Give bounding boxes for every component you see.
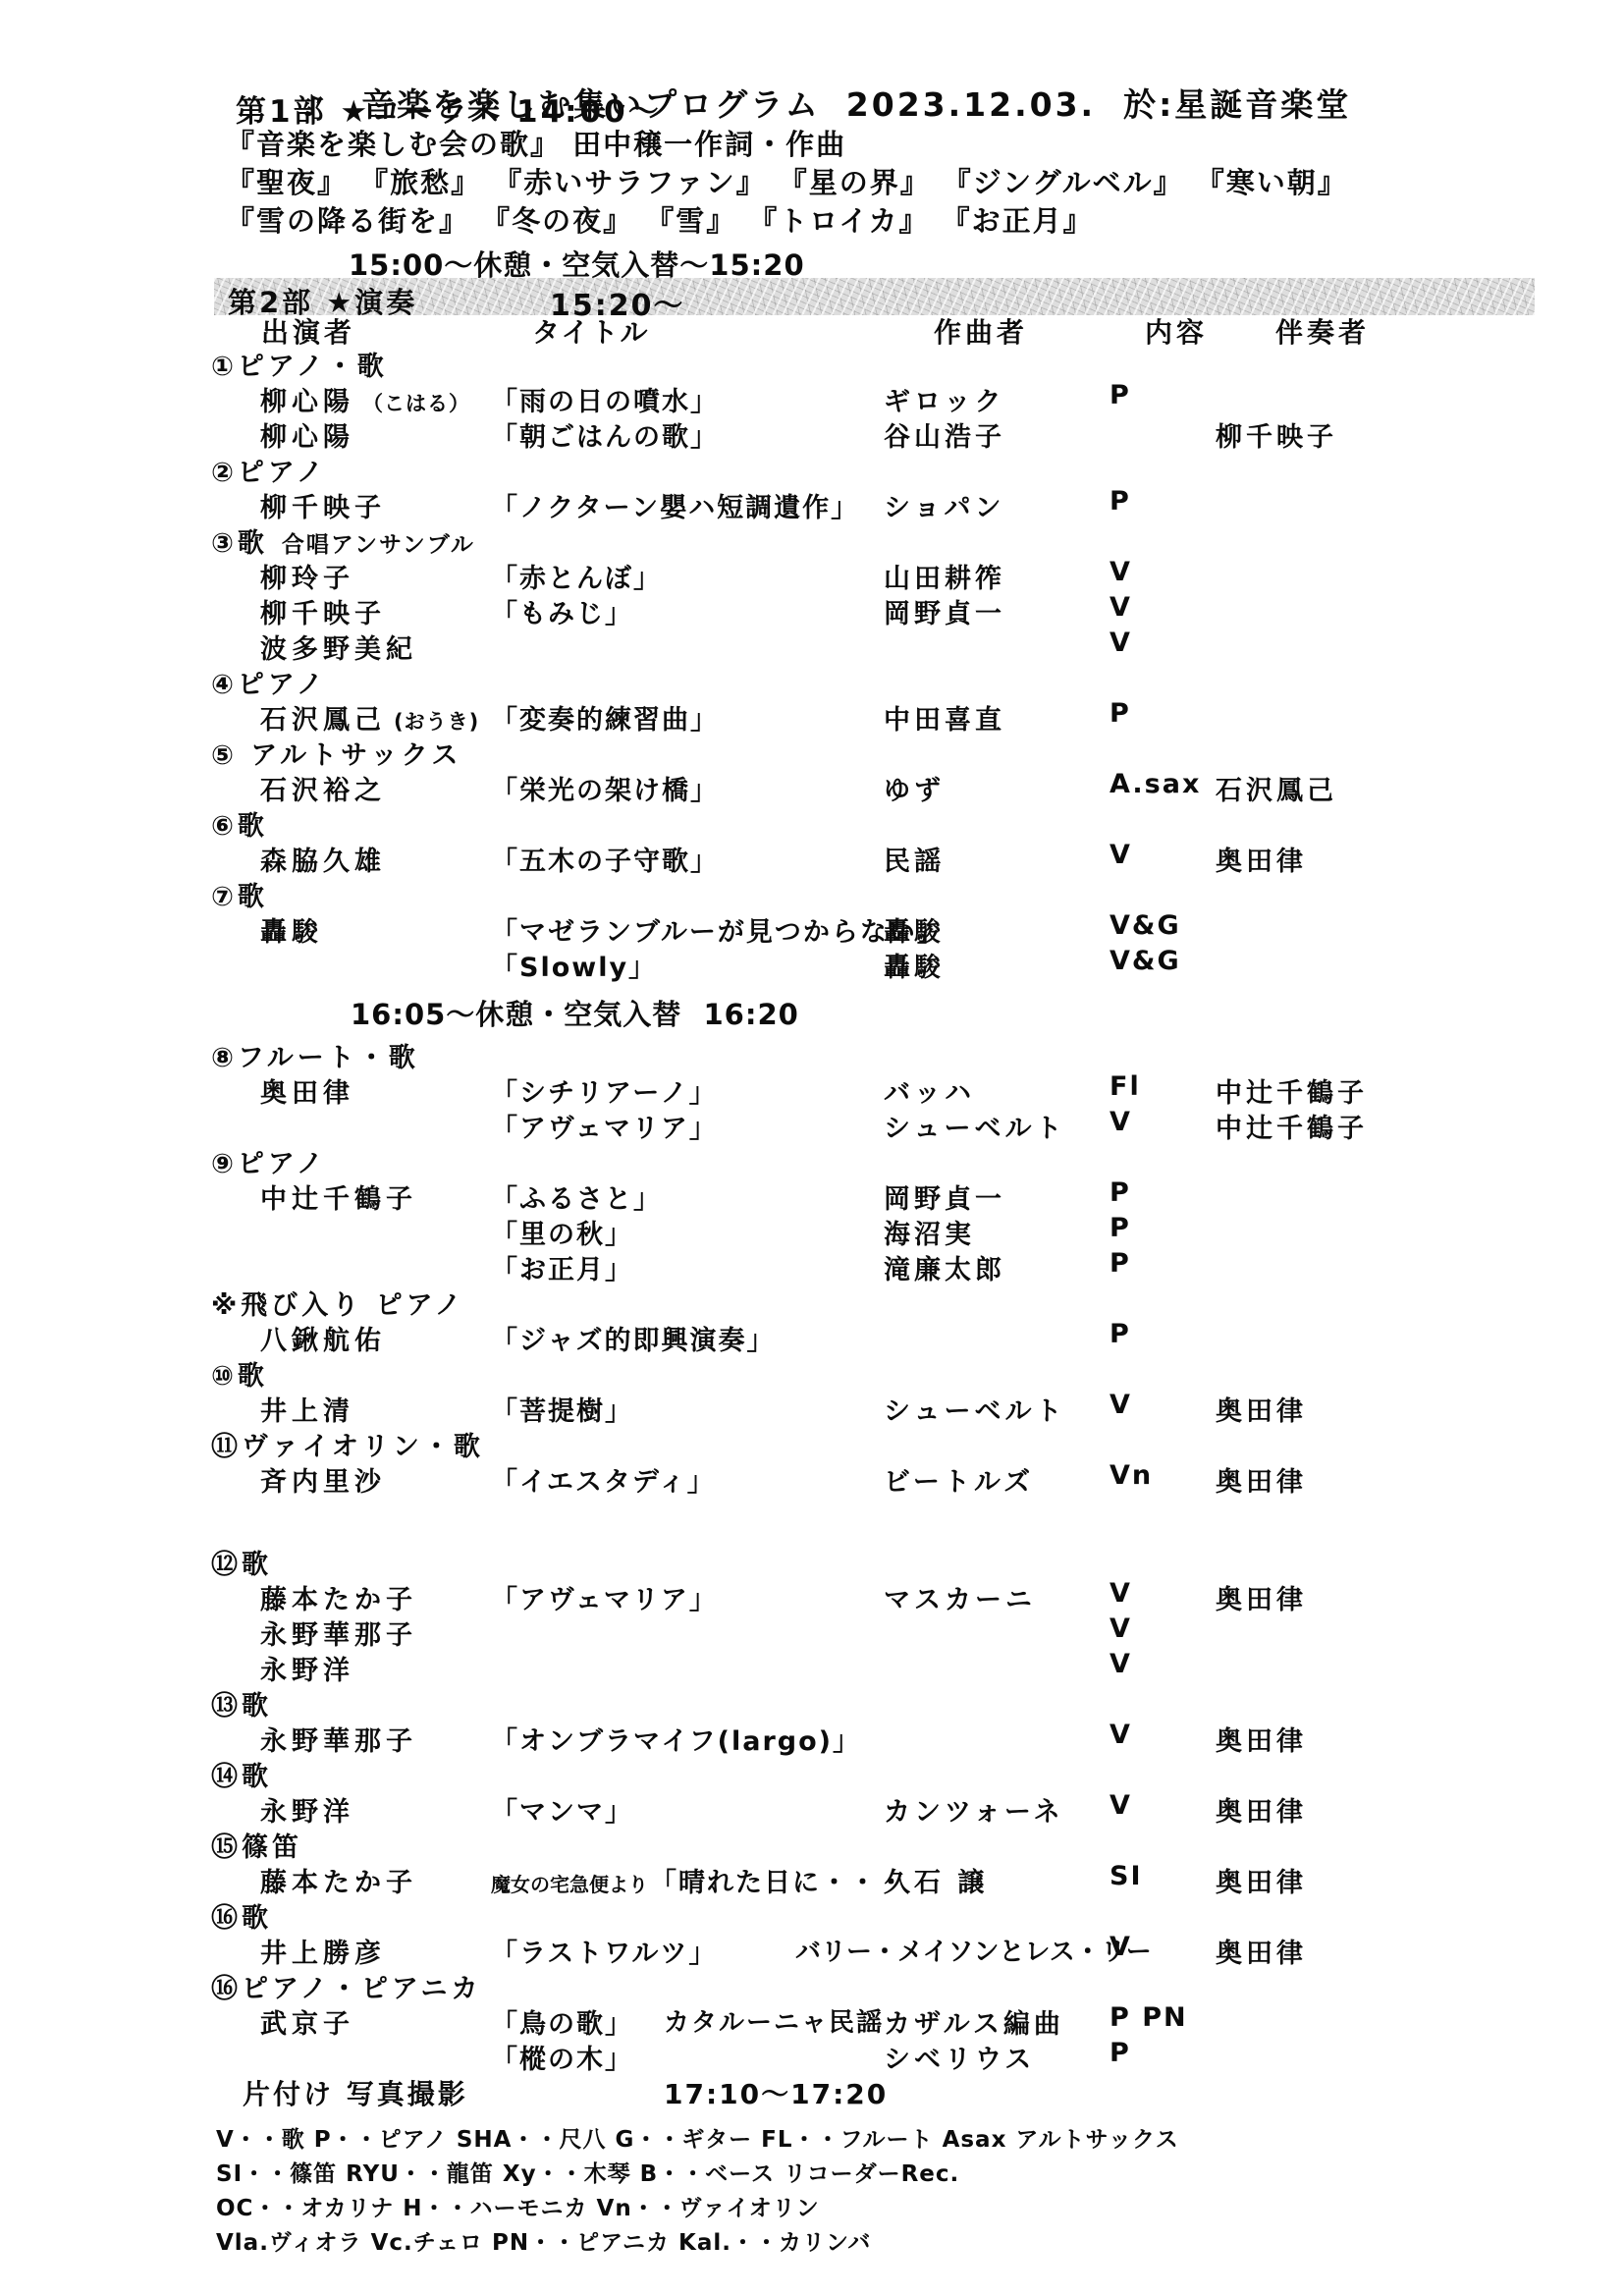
section-header: ③歌合唱アンサンブル <box>211 521 475 560</box>
cleanup-label: 片付け 写真撮影 <box>243 2073 468 2112</box>
song-title: 魔女の宅急便より「晴れた日に・・・ <box>491 1861 906 1899</box>
composer: カザルス編曲 <box>884 2002 1064 2041</box>
section-header: ⑯ピアノ・ピアニカ <box>211 1967 482 2005</box>
composer: 谷山浩子 <box>884 415 1005 454</box>
composer: 民謡 <box>884 840 945 878</box>
break-row: 16:05～休憩・空気入替 16:20 <box>0 981 1624 1036</box>
song-title: 「雨の日の噴水」 <box>491 380 719 418</box>
section-row: ③歌合唱アンサンブル <box>0 521 1624 557</box>
program-table: ①ピアノ・歌柳心陽（こはる）「雨の日の噴水」ギロックP柳心陽「朝ごはんの歌」谷山… <box>0 345 1624 2108</box>
content-code: P <box>1110 698 1131 729</box>
section-row: ⑮篠笛 <box>0 1826 1624 1861</box>
program-row: 井上清「菩提樹」シューベルトV奥田律 <box>0 1390 1624 1425</box>
content-code: Vn <box>1110 1460 1153 1491</box>
section-header: ④ピアノ <box>211 663 327 701</box>
section-row: ⑭歌 <box>0 1755 1624 1790</box>
performer: 井上清 <box>260 1390 354 1428</box>
composer: 海沼実 <box>884 1213 975 1251</box>
performer: 永野洋 <box>260 1790 354 1829</box>
abbreviation-legend: V・・歌 P・・ピアノ SHA・・尺八 G・・ギター FL・・フルート Asax… <box>216 2123 1179 2261</box>
section-header: ⑪ヴァイオリン・歌 <box>211 1425 484 1463</box>
content-code: V&G <box>1110 946 1181 976</box>
accompanist: 奥田律 <box>1216 1460 1307 1499</box>
content-code: V <box>1110 1720 1132 1750</box>
program-row: 石沢鳳己(おうき)「変奏的練習曲」中田喜直P <box>0 698 1624 734</box>
song-title: 「ラストワルツ」 <box>491 1932 717 1970</box>
composer: 轟駿 <box>884 946 945 984</box>
performer-reading: (おうき) <box>394 710 479 734</box>
legend-line: Vla.ヴィオラ Vc.チェロ PN・・ピアニカ Kal.・・カリンバ <box>216 2226 1179 2261</box>
program-row: 中辻千鶴子「ふるさと」岡野貞一P <box>0 1177 1624 1213</box>
program-row: 柳心陽「朝ごはんの歌」谷山浩子柳千映子 <box>0 415 1624 451</box>
section-header: ⑬歌 <box>211 1684 272 1722</box>
song-title-text: 「菩提樹」 <box>491 1396 633 1427</box>
part1-song-line: 『聖夜』 『旅愁』 『赤いサラファン』 『星の界』 『ジングルベル』 『寒い朝』 <box>226 164 1348 202</box>
section-row: ⑩歌 <box>0 1354 1624 1390</box>
performer: 永野華那子 <box>260 1613 417 1652</box>
song-title-text: 「マンマ」 <box>491 1797 633 1828</box>
song-title: 「ノクターン嬰ハ短調遺作」 <box>491 486 859 524</box>
content-code: V <box>1110 1932 1132 1962</box>
performer: 柳心陽（こはる） <box>260 380 470 418</box>
doc-venue: 於:星誕音楽堂 <box>1123 85 1351 124</box>
part1-song-line: 『雪の降る街を』 『冬の夜』 『雪』 『トロイカ』 『お正月』 <box>226 202 1348 241</box>
content-code: V <box>1110 592 1132 623</box>
content-code: P PN <box>1110 2002 1188 2033</box>
program-row: 「Slowly」轟駿V&G <box>0 946 1624 981</box>
song-title-text: 「アヴェマリア」 <box>491 1585 718 1615</box>
song-title: 「アヴェマリア」 <box>491 1578 718 1616</box>
section-header: ⑨ピアノ <box>211 1142 327 1180</box>
composer: シューベルト <box>884 1390 1065 1428</box>
legend-line: V・・歌 P・・ピアノ SHA・・尺八 G・・ギター FL・・フルート Asax… <box>216 2123 1179 2158</box>
song-title: 「オンブラマイフ(largo)」 <box>491 1720 861 1758</box>
performer: 藤本たか子 <box>260 1861 417 1899</box>
section-header: ⑯歌 <box>211 1896 272 1935</box>
accompanist: 奥田律 <box>1216 1720 1307 1758</box>
song-title-text: 「ラストワルツ」 <box>491 1939 717 1969</box>
content-code: V <box>1110 1649 1132 1679</box>
song-title-prefix: 魔女の宅急便より <box>491 1873 648 1896</box>
program-row: 波多野美紀V <box>0 628 1624 663</box>
song-title-text: 「ふるさと」 <box>491 1184 662 1215</box>
section-row: ⑨ピアノ <box>0 1142 1624 1177</box>
content-code: V <box>1110 1790 1132 1821</box>
song-title-text: 「マゼランブルーが見つからない」 <box>491 917 946 948</box>
accompanist: 中辻千鶴子 <box>1216 1071 1368 1110</box>
accompanist: 奥田律 <box>1216 1578 1307 1616</box>
scanned-program-document: ♪音楽を楽しむ集いプログラム2023.12.03.於:星誕音楽堂 第1部 ★コー… <box>0 0 1624 2296</box>
performer: 波多野美紀 <box>260 628 417 666</box>
song-title-text: 「樅の木」 <box>491 2045 633 2075</box>
legend-line: SI・・篠笛 RYU・・龍笛 Xy・・木琴 B・・ベース リコーダーRec. <box>216 2158 1179 2192</box>
blank-line <box>0 1496 1624 1543</box>
section-header: ⑭歌 <box>211 1755 272 1793</box>
program-row: 「里の秋」海沼実P <box>0 1213 1624 1248</box>
section-header: ⑦歌 <box>211 875 268 913</box>
content-code: P <box>1110 2038 1131 2068</box>
performer: 柳千映子 <box>260 486 386 524</box>
program-row: 永野洋V <box>0 1649 1624 1684</box>
composer: シベリウス <box>884 2038 1035 2076</box>
song-title-text: 「シチリアーノ」 <box>491 1078 718 1109</box>
composer: ゆず <box>884 769 945 807</box>
song-title-text: 「里の秋」 <box>491 1220 633 1250</box>
section-note: 合唱アンサンブル <box>282 532 475 558</box>
performer: 武京子 <box>260 2002 354 2041</box>
composer: 滝廉太郎 <box>884 1248 1005 1286</box>
song-title-text: 「鳥の歌」 <box>491 2009 633 2040</box>
content-code: A.sax <box>1110 769 1201 799</box>
program-row: 永野華那子「オンブラマイフ(largo)」V奥田律 <box>0 1720 1624 1755</box>
section-row: ⑥歌 <box>0 804 1624 840</box>
content-code: P <box>1110 1177 1131 1208</box>
program-row: 井上勝彦「ラストワルツ」バリー・メイソンとレス・リーV奥田律 <box>0 1932 1624 1967</box>
program-row: 藤本たか子魔女の宅急便より「晴れた日に・・・久石 譲SI奥田律 <box>0 1861 1624 1896</box>
song-title-text: 「五木の子守歌」 <box>491 847 719 877</box>
song-title-text: 「赤とんぼ」 <box>491 564 662 594</box>
section-header: ⑩歌 <box>211 1354 268 1393</box>
program-row: 森脇久雄「五木の子守歌」民謡V奥田律 <box>0 840 1624 875</box>
content-code: V <box>1110 840 1132 870</box>
section-header: ※飛び入り ピアノ <box>211 1284 465 1322</box>
song-title-text: 「Slowly」 <box>491 953 657 983</box>
composer: 轟駿 <box>884 910 945 949</box>
composer: バッハ <box>884 1071 975 1110</box>
section-row: ⑯歌 <box>0 1896 1624 1932</box>
song-title-text: 「お正月」 <box>491 1255 633 1285</box>
section-header: ⑤ アルトサックス <box>211 734 461 772</box>
song-title: 「Slowly」 <box>491 946 657 984</box>
section-row: ⑤ アルトサックス <box>0 734 1624 769</box>
song-title: 「マゼランブルーが見つからない」 <box>491 910 946 949</box>
program-row: 柳千映子「ノクターン嬰ハ短調遺作」ショパンP <box>0 486 1624 521</box>
song-title-text: 「朝ごはんの歌」 <box>491 422 719 453</box>
content-code: SI <box>1110 1861 1143 1891</box>
program-row: 八鍬航佑「ジャズ的即興演奏」P <box>0 1319 1624 1354</box>
content-code: V&G <box>1110 910 1181 941</box>
song-title-text: 「ノクターン嬰ハ短調遺作」 <box>491 493 859 523</box>
part2-band: 第2部 ★演奏 15:20～ <box>214 278 1535 315</box>
performer: 永野華那子 <box>260 1720 417 1758</box>
content-code: P <box>1110 1248 1131 1279</box>
song-title: 「もみじ」 <box>491 592 633 630</box>
accompanist: 奥田律 <box>1216 1861 1307 1899</box>
content-code: P <box>1110 486 1131 517</box>
content-code: V <box>1110 628 1132 658</box>
program-row: 武京子「鳥の歌」カタルーニャ民謡カザルス編曲P PN <box>0 2002 1624 2038</box>
section-row: ⑫歌 <box>0 1543 1624 1578</box>
part1-song-list: 『音楽を楽しむ会の歌』 田中穣一作詞・作曲『聖夜』 『旅愁』 『赤いサラファン』… <box>226 126 1348 241</box>
section-row: ※飛び入り ピアノ <box>0 1284 1624 1319</box>
section-header: ②ピアノ <box>211 451 327 489</box>
performer-reading: （こはる） <box>362 392 470 415</box>
composer: シューベルト <box>884 1107 1065 1145</box>
performer: 藤本たか子 <box>260 1578 417 1616</box>
song-title: 「イエスタディ」 <box>491 1460 716 1499</box>
section-row: ⑦歌 <box>0 875 1624 910</box>
content-code: V <box>1110 1613 1132 1644</box>
song-title: 「菩提樹」 <box>491 1390 633 1428</box>
song-title: 「お正月」 <box>491 1248 633 1286</box>
accompanist: 奥田律 <box>1216 1390 1307 1428</box>
section-header: ⑮篠笛 <box>211 1826 302 1864</box>
section-row: ⑯ピアノ・ピアニカ <box>0 1967 1624 2002</box>
content-code: P <box>1110 380 1131 410</box>
song-title: 「朝ごはんの歌」 <box>491 415 719 454</box>
song-title: 「ふるさと」 <box>491 1177 662 1216</box>
section-header: ⑫歌 <box>211 1543 272 1581</box>
content-code: V <box>1110 1107 1132 1137</box>
performer: 森脇久雄 <box>260 840 386 878</box>
performer: 石沢鳳己(おうき) <box>260 698 479 737</box>
song-title-text: 「晴れた日に・・・ <box>650 1868 906 1898</box>
song-title: 「栄光の架け橋」 <box>491 769 719 807</box>
composer: ショパン <box>884 486 1004 524</box>
program-row: 永野洋「マンマ」カンツォーネV奥田律 <box>0 1790 1624 1826</box>
song-title: 「鳥の歌」 <box>491 2002 633 2041</box>
song-title: 「ジャズ的即興演奏」 <box>491 1319 775 1357</box>
program-row: 斉内里沙「イエスタディ」ビートルズVn奥田律 <box>0 1460 1624 1496</box>
program-row: 柳玲子「赤とんぼ」山田耕筰V <box>0 557 1624 592</box>
song-title: 「五木の子守歌」 <box>491 840 719 878</box>
column-header-row: 出演者タイトル作曲者内容伴奏者 <box>0 311 1624 347</box>
song-title: 「里の秋」 <box>491 1213 633 1251</box>
cleanup-time: 17:10～17:20 <box>664 2073 888 2112</box>
doc-date: 2023.12.03. <box>846 85 1096 124</box>
composer: 山田耕筰 <box>884 557 1005 595</box>
program-row: 「アヴェマリア」シューベルトV中辻千鶴子 <box>0 1107 1624 1142</box>
program-row: 「樅の木」シベリウスP <box>0 2038 1624 2073</box>
section-row: ④ピアノ <box>0 663 1624 698</box>
song-title-text: 「アヴェマリア」 <box>491 1114 718 1144</box>
performer: 斉内里沙 <box>260 1460 386 1499</box>
section-row: ⑧フルート・歌 <box>0 1036 1624 1071</box>
composer: 中田喜直 <box>884 698 1005 737</box>
content-code: P <box>1110 1213 1131 1243</box>
section-row: ②ピアノ <box>0 451 1624 486</box>
song-title-text: 「雨の日の噴水」 <box>491 387 719 417</box>
performer: 永野洋 <box>260 1649 354 1687</box>
song-title-note: カタルーニャ民謡 <box>664 2002 884 2039</box>
break-time: 16:05～休憩・空気入替 16:20 <box>351 993 799 1033</box>
accompanist: 奥田律 <box>1216 1932 1307 1970</box>
song-title: 「シチリアーノ」 <box>491 1071 718 1110</box>
content-code: V <box>1110 1390 1132 1420</box>
program-row: 奥田律「シチリアーノ」バッハFl中辻千鶴子 <box>0 1071 1624 1107</box>
content-code: P <box>1110 1319 1131 1349</box>
section-row: ①ピアノ・歌 <box>0 345 1624 380</box>
section-header: ⑧フルート・歌 <box>211 1036 419 1074</box>
section-header: ⑥歌 <box>211 804 268 843</box>
section-header: ①ピアノ・歌 <box>211 345 388 383</box>
performer: 轟駿 <box>260 910 323 949</box>
program-row: 永野華那子V <box>0 1613 1624 1649</box>
program-row: 藤本たか子「アヴェマリア」マスカーニV奥田律 <box>0 1578 1624 1613</box>
performer: 中辻千鶴子 <box>260 1177 417 1216</box>
program-row: 柳千映子「もみじ」岡野貞一V <box>0 592 1624 628</box>
part1-song-line: 『音楽を楽しむ会の歌』 田中穣一作詞・作曲 <box>226 126 1348 164</box>
accompanist: 奥田律 <box>1216 1790 1307 1829</box>
performer: 石沢裕之 <box>260 769 386 807</box>
song-title-text: 「ジャズ的即興演奏」 <box>491 1326 775 1356</box>
composer: マスカーニ <box>884 1578 1036 1616</box>
performer: 柳玲子 <box>260 557 354 595</box>
accompanist: 石沢鳳己 <box>1216 769 1337 807</box>
composer: ビートルズ <box>884 1460 1034 1499</box>
song-title: 「赤とんぼ」 <box>491 557 662 595</box>
program-row: 轟駿「マゼランブルーが見つからない」轟駿V&G <box>0 910 1624 946</box>
content-code: Fl <box>1110 1071 1141 1102</box>
section-row: ⑪ヴァイオリン・歌 <box>0 1425 1624 1460</box>
legend-line: OC・・オカリナ H・・ハーモニカ Vn・・ヴァイオリン <box>216 2192 1179 2226</box>
accompanist: 中辻千鶴子 <box>1216 1107 1368 1145</box>
content-code: V <box>1110 557 1132 587</box>
performer: 奥田律 <box>260 1071 354 1110</box>
song-title-text: 「イエスタディ」 <box>491 1467 716 1498</box>
song-title-text: 「もみじ」 <box>491 599 633 629</box>
accompanist: 奥田律 <box>1216 840 1307 878</box>
song-title: 「樅の木」 <box>491 2038 633 2076</box>
composer: 岡野貞一 <box>884 1177 1005 1216</box>
composer: ギロック <box>884 380 1004 418</box>
composer: 岡野貞一 <box>884 592 1005 630</box>
accompanist: 柳千映子 <box>1216 415 1337 454</box>
part1-heading: 第1部 ★コーラス 14:00～ <box>236 86 662 131</box>
song-title: 「マンマ」 <box>491 1790 633 1829</box>
content-code: V <box>1110 1578 1132 1609</box>
section-row: ⑬歌 <box>0 1684 1624 1720</box>
program-row: 柳心陽（こはる）「雨の日の噴水」ギロックP <box>0 380 1624 415</box>
song-title: 「アヴェマリア」 <box>491 1107 718 1145</box>
song-title-text: 「栄光の架け橋」 <box>491 776 719 806</box>
cleanup-row: 片付け 写真撮影17:10～17:20 <box>0 2073 1624 2108</box>
performer: 柳千映子 <box>260 592 386 630</box>
composer: バリー・メイソンとレス・リー <box>795 1932 1152 1968</box>
program-row: 石沢裕之「栄光の架け橋」ゆずA.sax石沢鳳己 <box>0 769 1624 804</box>
performer: 柳心陽 <box>260 415 354 454</box>
song-title-text: 「変奏的練習曲」 <box>491 705 719 736</box>
song-title: 「変奏的練習曲」 <box>491 698 719 737</box>
composer: 久石 譲 <box>884 1861 988 1899</box>
program-row: 「お正月」滝廉太郎P <box>0 1248 1624 1284</box>
song-title-text: 「オンブラマイフ(largo)」 <box>491 1726 861 1757</box>
performer: 八鍬航佑 <box>260 1319 386 1357</box>
performer: 井上勝彦 <box>260 1932 386 1970</box>
composer: カンツォーネ <box>884 1790 1064 1829</box>
